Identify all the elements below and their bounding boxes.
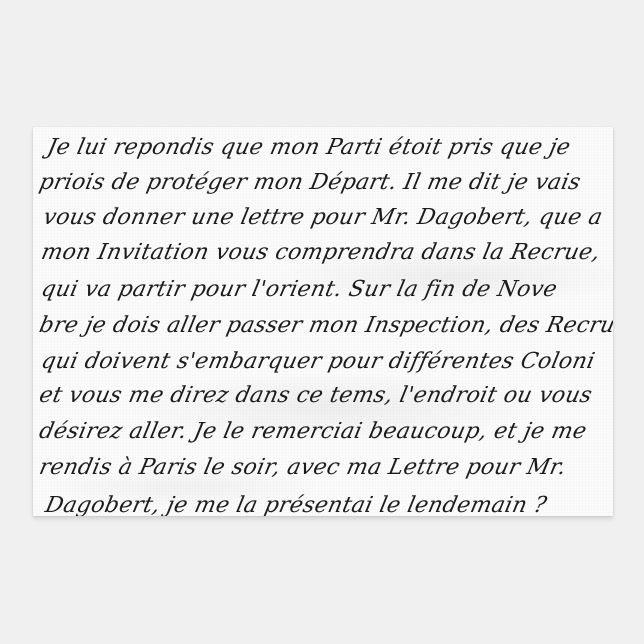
script-line: qui va partir pour l'orient. Sur la fin … [39, 277, 560, 302]
script-line: bre je dois aller passer mon Inspection,… [37, 313, 613, 338]
script-line: mon Invitation vous comprendra dans la R… [39, 240, 602, 265]
script-line: Je lui repondis que mon Parti étoit pris… [45, 135, 573, 160]
script-line: vous donner une lettre pour Mr. Dagobert… [41, 205, 605, 230]
script-line: et vous me direz dans ce tems, l'endroit… [37, 383, 594, 408]
product-image-stage: Je lui repondis que mon Parti étoit pris… [0, 0, 644, 644]
kitchen-towel: Je lui repondis que mon Parti étoit pris… [33, 127, 613, 516]
script-line: qui doivent s'embarquer pour différentes… [39, 349, 597, 374]
script-line: priois de protéger mon Départ. Il me dit… [37, 170, 583, 195]
script-line: désirez aller. Je le remerciai beaucoup,… [37, 419, 589, 444]
script-line: rendis à Paris le soir, avec ma Lettre p… [37, 455, 568, 480]
script-line: Dagobert, je me la présentai le lendemai… [43, 493, 549, 516]
